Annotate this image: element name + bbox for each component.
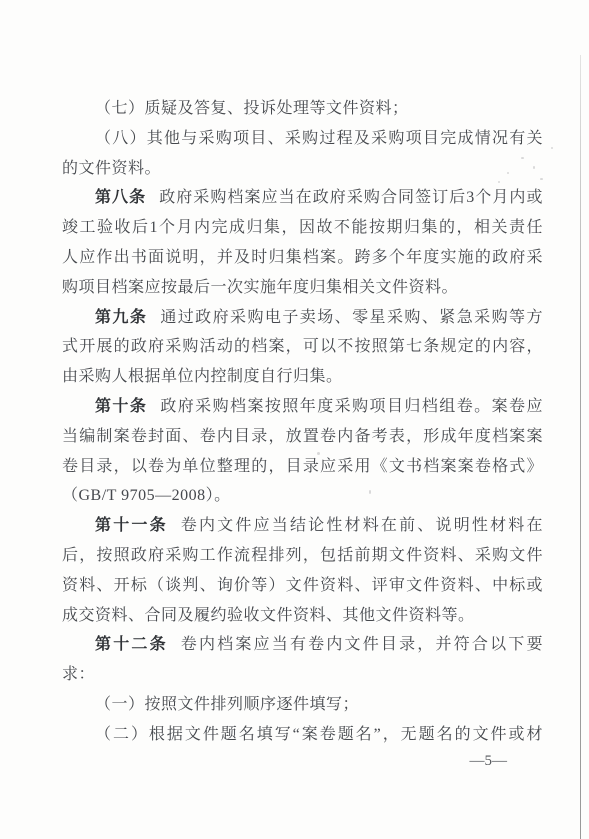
article-number: 第十一条 bbox=[95, 517, 168, 534]
document-line: （GB/T 9705—2008）。 bbox=[62, 481, 543, 511]
scan-speck bbox=[540, 178, 543, 180]
document-line: （一）按照文件排列顺序逐件填写； bbox=[62, 690, 543, 720]
page-number: —5— bbox=[470, 751, 508, 771]
document-line: 竣工验收后1个月内完成归集，因故不能按期归集的，相关责任 bbox=[62, 213, 543, 243]
document-line: 第十一条卷内文件应当结论性材料在前、说明性材料在 bbox=[62, 511, 543, 541]
document-line: 的文件资料。 bbox=[62, 154, 543, 184]
document-line: （八）其他与采购项目、采购过程及采购项目完成情况有关 bbox=[62, 124, 543, 154]
document-line: （七）质疑及答复、投诉处理等文件资料； bbox=[62, 94, 543, 124]
document-line: 人应作出书面说明，并及时归集档案。跨多个年度实施的政府采 bbox=[62, 243, 543, 273]
article-number: 第八条 bbox=[95, 189, 146, 206]
scan-edge-line bbox=[580, 55, 581, 839]
document-line: 求： bbox=[62, 660, 543, 690]
document-line: 资料、开标（谈判、询价等）文件资料、评审文件资料、中标或 bbox=[62, 571, 543, 601]
document-line: 当编制案卷封面、卷内目录，放置卷内备考表，形成年度档案案 bbox=[62, 422, 543, 452]
document-line: 第十二条卷内档案应当有卷内文件目录，并符合以下要 bbox=[62, 630, 543, 660]
scan-speck bbox=[498, 181, 500, 183]
scan-speck bbox=[551, 147, 553, 149]
document-line: 成交资料、合同及履约验收文件资料、其他文件资料等。 bbox=[62, 601, 543, 631]
document-line: 第十条政府采购档案按照年度采购项目归档组卷。案卷应 bbox=[62, 392, 543, 422]
document-line: （二）根据文件题名填写“案卷题名”，无题名的文件或材 bbox=[62, 720, 543, 750]
document-line: 第八条政府采购档案应当在政府采购合同签订后3个月内或 bbox=[62, 183, 543, 213]
document-body: （七）质疑及答复、投诉处理等文件资料；（八）其他与采购项目、采购过程及采购项目完… bbox=[62, 94, 543, 750]
scan-speck bbox=[369, 490, 371, 494]
scan-speck bbox=[317, 452, 320, 455]
document-line: 后，按照政府采购工作流程排列，包括前期文件资料、采购文件 bbox=[62, 541, 543, 571]
scanned-document-page: （七）质疑及答复、投诉处理等文件资料；（八）其他与采购项目、采购过程及采购项目完… bbox=[0, 0, 589, 839]
document-line: 式开展的政府采购活动的档案，可以不按照第七条规定的内容， bbox=[62, 332, 543, 362]
scan-speck bbox=[507, 172, 509, 174]
article-number: 第十二条 bbox=[95, 636, 168, 653]
document-line: 卷目录，以卷为单位整理的，目录应采用《文书档案案卷格式》 bbox=[62, 452, 543, 482]
scan-speck bbox=[533, 166, 535, 169]
article-number: 第九条 bbox=[95, 309, 147, 326]
document-line: 第九条通过政府采购电子卖场、零星采购、紧急采购等方 bbox=[62, 303, 543, 333]
article-number: 第十条 bbox=[95, 398, 147, 415]
document-line: 购项目档案应按最后一次实施年度归集相关文件资料。 bbox=[62, 273, 543, 303]
scan-speck bbox=[521, 157, 524, 159]
document-line: 由采购人根据单位内控制度自行归集。 bbox=[62, 362, 543, 392]
